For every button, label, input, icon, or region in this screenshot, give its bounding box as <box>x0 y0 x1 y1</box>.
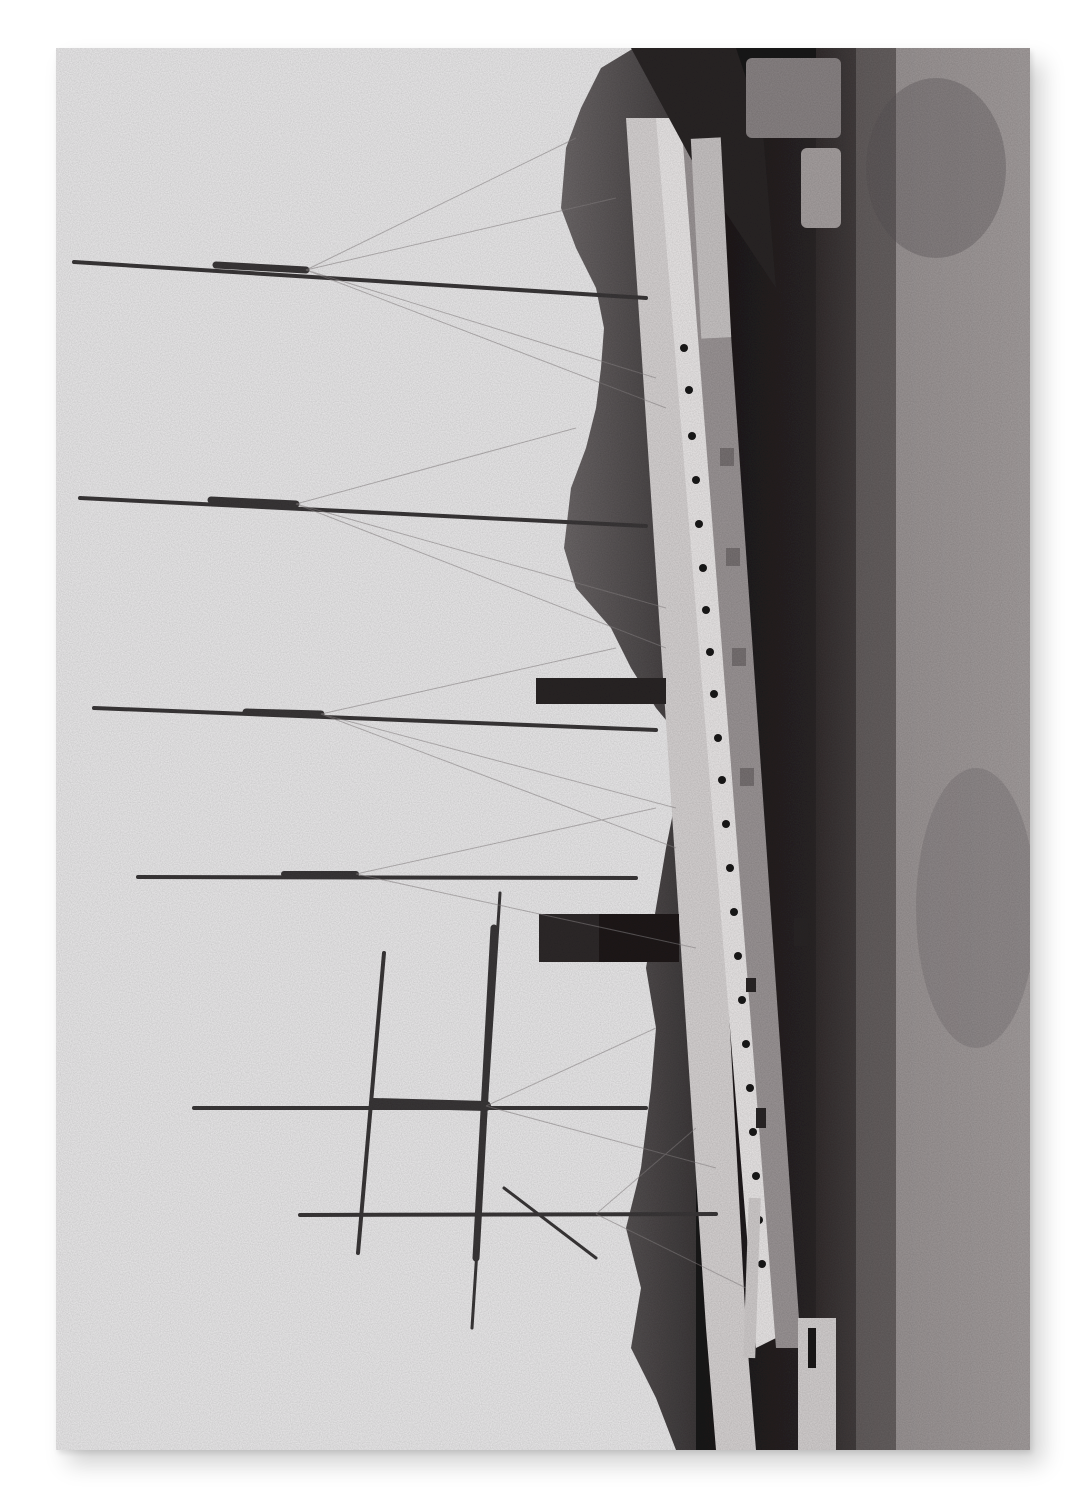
photo-print <box>56 48 1030 1450</box>
stage <box>0 0 1086 1500</box>
ship-photograph <box>56 48 1030 1450</box>
